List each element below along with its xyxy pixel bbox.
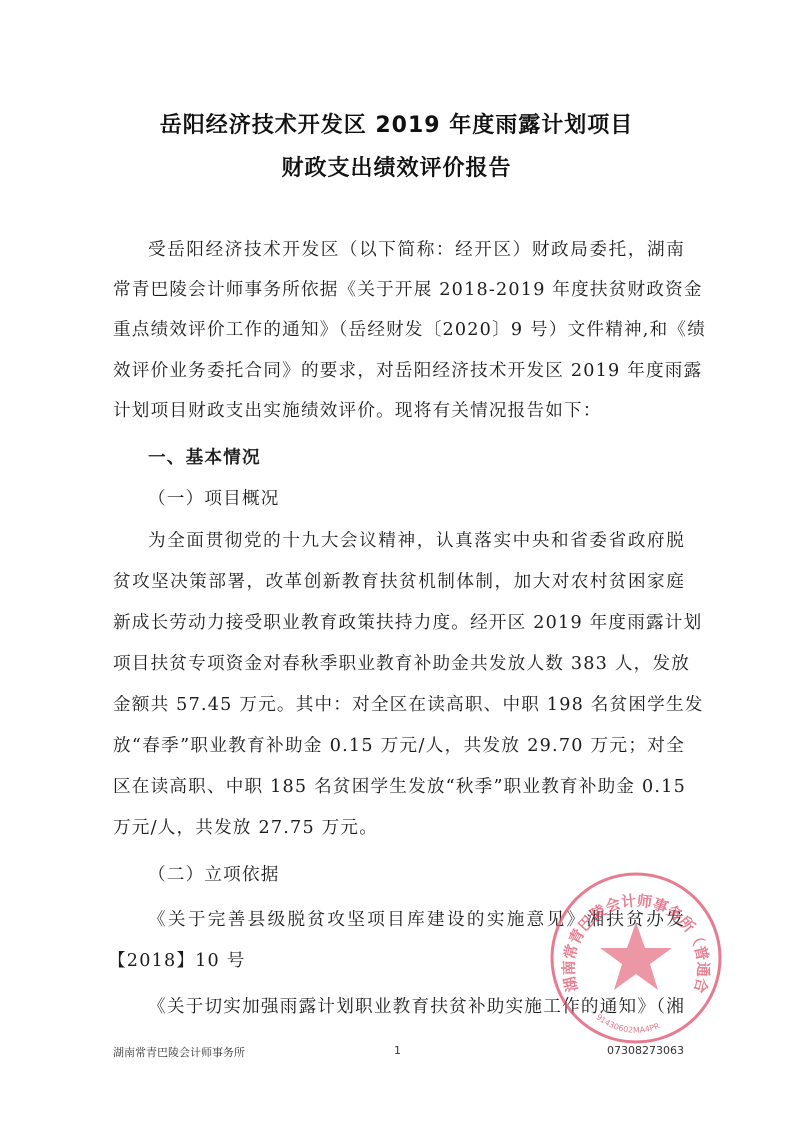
report-title-line-2: 财政支出绩效评价报告 (0, 151, 793, 182)
overview-line: 万元/人，共发放 27.75 万元。 (113, 814, 685, 839)
overview-line: 新成长劳动力接受职业教育政策扶持力度。经开区 2019 年度雨露计划 (113, 609, 685, 634)
basis-line: 《关于切实加强雨露计划职业教育扶贫补助实施工作的通知》（湘 (148, 993, 685, 1018)
report-title-line-1: 岳阳经济技术开发区 2019 年度雨露计划项目 (0, 108, 793, 139)
svg-text:湖南常青巴陵会计师事务所（普通合伙）: 湖南常青巴陵会计师事务所（普通合伙） (548, 870, 712, 995)
subsection-heading-overview: （一）项目概况 (148, 485, 685, 510)
subsection-heading-basis: （二）立项依据 (148, 861, 685, 886)
seal-ring-text: 湖南常青巴陵会计师事务所（普通合伙） (548, 870, 712, 995)
footer-firm-name: 湖南常青巴陵会计师事务所 (113, 1044, 245, 1060)
footer-page-number: 1 (394, 1044, 401, 1057)
document-page: 岳阳经济技术开发区 2019 年度雨露计划项目 财政支出绩效评价报告 受岳阳经济… (0, 0, 793, 1121)
intro-line: 计划项目财政支出实施绩效评价。现将有关情况报告如下： (113, 397, 685, 422)
footer-phone: 07308273063 (607, 1044, 684, 1057)
overview-line: 放“春季”职业教育补助金 0.15 万元/人，共发放 29.70 万元；对全 (113, 732, 685, 757)
intro-line: 受岳阳经济技术开发区（以下简称：经开区）财政局委托，湖南 (148, 236, 685, 261)
overview-line: 项目扶贫专项资金对春秋季职业教育补助金共发放人数 383 人，发放 (113, 650, 685, 675)
intro-line: 常青巴陵会计师事务所依据《关于开展 2018-2019 年度扶贫财政资金 (113, 276, 685, 301)
section-heading-basic-info: 一、基本情况 (148, 444, 685, 469)
overview-line: 金额共 57.45 万元。其中：对全区在读高职、中职 198 名贫困学生发 (113, 691, 685, 716)
basis-line: 【2018】10 号 (108, 947, 680, 972)
basis-line: 《关于完善县级脱贫攻坚项目库建设的实施意见》湘扶贫办发 (148, 906, 685, 931)
intro-line: 重点绩效评价工作的通知》（岳经财发〔2020〕9 号）文件精神,和《绩 (113, 316, 685, 341)
overview-line: 区在读高职、中职 185 名贫困学生发放“秋季”职业教育补助金 0.15 (113, 773, 685, 798)
intro-line: 效评价业务委托合同》的要求，对岳阳经济技术开发区 2019 年度雨露 (113, 357, 685, 382)
overview-line: 为全面贯彻党的十九大会议精神，认真落实中央和省委省政府脱 (148, 527, 685, 552)
overview-line: 贫攻坚决策部署，改革创新教育扶贫机制体制，加大对农村贫困家庭 (113, 568, 685, 593)
